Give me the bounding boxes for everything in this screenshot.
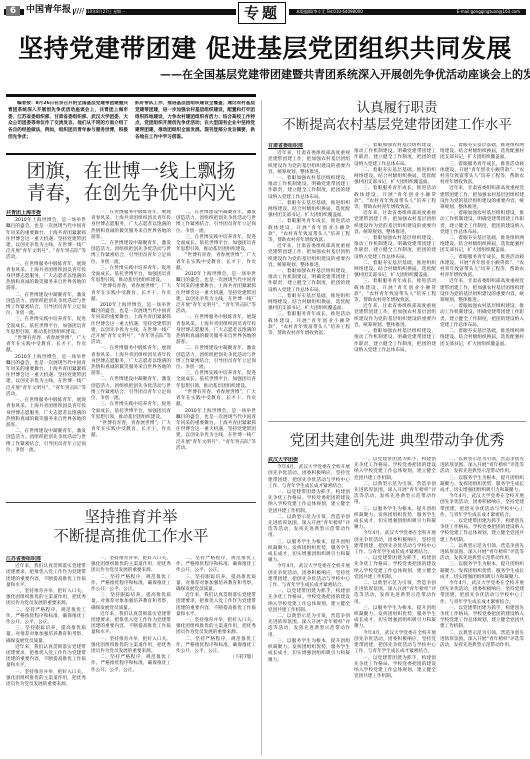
page-subtitle: ——在全国基层党建带团建暨共青团系统深入开展创先争优活动座谈会上的发言 [0, 68, 530, 82]
article-3-paragraph: 二、以典型示范为引领，营造争创先进浓厚氛围。深入开展“青年榜样”评选等活动，发挥… [354, 482, 436, 507]
article-2-paragraph: 三、着眼服务青年成长，推进活动载体建设。开展“青年创业小额贷款”、“农村青年致富… [268, 219, 350, 244]
article-1-paragraph: 2010年上海世博会，是一场举世瞩目的盛会，也是一次展现当代中国青年风采的重要舞… [176, 409, 256, 452]
article-3-paragraph: 三、以服务学生为根本，提升团组织凝聚力。发挥团组织优势，服务学生成长成才，切实增… [354, 606, 436, 631]
article-3-paragraph: 今年4月，武汉大学党委在全校开展创先争优活动，团委积极响应，坚持党建带团建，把创… [268, 465, 350, 490]
article-2-paragraph: 三、着眼服务青年成长，推进活动载体建设。开展“青年创业小额贷款”、“农村青年致富… [440, 255, 524, 280]
article-3-paragraph: 一、以党建带团建为抓手，构建创先争优工作格局。学校党委把团的建设纳入学校党建工作… [440, 606, 524, 631]
article-4-paragraph: 二、坚持严格程序，规范推优工作。严格推优程序和标准，确保推优工作公开、公平、公正… [91, 655, 171, 674]
paper-name: 中国青年报 [24, 5, 73, 15]
page-number: 6 [6, 6, 20, 16]
article-4-paragraph: 二、坚持严格程序，规范推优工作。严格推优程序和标准，确保推优工作公开、公平、公正… [176, 556, 256, 575]
intro-text-right: 抓好带队工作，推进基层团组织建设全覆盖；通过农村基层党建带团建，进一步加强农村基… [135, 101, 255, 142]
article-4-paragraph: 一、坚持推育并举，把好入口关。强化团组织推优的主渠道作用，把优秀团员作为党员发展… [176, 618, 256, 637]
article-3-paragraph: 今年4月，武汉大学党委在全校开展创先争优活动，团委积极响应，坚持党建带团建，把创… [354, 631, 436, 656]
article-3-paragraph: 二、以典型示范为引领，营造争创先进浓厚氛围。深入开展“青年榜样”评选等活动，发挥… [268, 614, 350, 639]
article-4-paragraph: 二、坚持严格程序，规范推优工作。严格推优程序和标准，确保推优工作公开、公平、公正… [6, 608, 86, 627]
article-1-paragraph: “世博有青春，青春展世博”，广大青年在实践中受教育、长才干、作贡献。 [6, 336, 86, 355]
article-3-paragraph: 二、以典型示范为引领，营造争创先进浓厚氛围。深入开展“青年榜样”评选等活动，发挥… [440, 631, 524, 650]
article-4-paragraph: 近年来，我们认真贯彻落实党建带团建要求，把推优入党工作作为党建带团建的重要内容，… [176, 593, 256, 618]
article-3-column-2: 一、以党建带团建为抓手，构建创先争优工作格局。学校党委把团的建设纳入学校党建工作… [354, 457, 436, 755]
article-2-paragraph: 一、着眼加强农村基层组织建设，推动工作机制建设。明确党建带团建工作职责，建立健全… [268, 176, 350, 201]
article-2-title: 认真履行职责 不断提高农村基层党建带团建工作水平 [266, 100, 528, 134]
article-3-paragraph: 今年4月，武汉大学党委在全校开展创先争优活动，团委积极响应，坚持党建带团建，把创… [354, 531, 436, 556]
intro-left: 编者按：8月26日在京召开的全国基层党建带团建暨共青团系统深入开展创先争优活动座… [8, 101, 128, 145]
article-1-bottom-rule [6, 502, 256, 503]
article-2-paragraph: 近年来，甘肃省委组织部高度重视党建带团建工作，把加强农村基层团组织建设作为党的基… [440, 186, 524, 211]
article-3-paragraph: 一、以党建带团建为抓手，构建创先争优工作格局。学校党委把团的建设纳入学校党建工作… [354, 457, 436, 482]
article-4-column-3: 二、坚持严格程序，规范推优工作。严格推优程序和标准，确保推优工作公开、公平、公正… [176, 556, 256, 755]
article-4-paragraph: 近年来，我们认真贯彻落实党建带团建要求，把推优入党工作作为党建带团建的重要内容，… [6, 645, 86, 670]
article-3-paragraph: 一、以党建带团建为抓手，构建创先争优工作格局。学校党委把团的建设纳入学校党建工作… [268, 589, 350, 614]
article-2-paragraph: 二、着眼夯实基层基础，推进组织网络建设。结合村级组织换届，选优配强村团支部书记，… [354, 261, 436, 280]
article-2-column-2: 一、着眼加强农村基层组织建设，推动工作机制建设。明确党建带团建工作职责，建立健全… [354, 143, 436, 415]
article-1-paragraph: 一、在世博服务中锻炼青年，展现青春风采。上海共青团组织团员青年投身世博志愿服务，… [6, 398, 86, 429]
article-4-paragraph: 三、坚持跟踪培养，提高推优质量。对推荐对象加强培养教育和考察，确保发展党员质量。 [6, 626, 86, 645]
article-2-paragraph: 三、着眼服务青年成长，推进活动载体建设。开展“青年创业小额贷款”、“农村青年致富… [354, 186, 436, 211]
article-2-paragraph: 三、着眼服务青年成长，推进活动载体建设。开展“青年创业小额贷款”、“农村青年致富… [440, 162, 524, 187]
article-2-paragraph: 一、着眼加强农村基层组织建设，推动工作机制建设。明确党建带团建工作职责，建立健全… [354, 236, 436, 261]
article-4-paragraph: 三、坚持跟踪培养，提高推优质量。对推荐对象加强培养教育和考察，确保发展党员质量。 [176, 575, 256, 594]
article-4-title-line-2: 不断提高推优工作水平 [6, 527, 256, 546]
article-4-paragraph: 二、坚持严格程序，规范推优工作。严格推优程序和标准，确保推优工作公开、公平、公正… [176, 637, 256, 656]
article-2-paragraph: 近年来，甘肃省委组织部高度重视党建带团建工作，把加强农村基层团组织建设作为党的基… [268, 151, 350, 176]
article-2-paragraph: 一、着眼加强农村基层组织建设，推动工作机制建设。明确党建带团建工作职责，建立健全… [440, 304, 524, 329]
article-1-paragraph: 2010年上海世博会，是一场举世瞩目的盛会，也是一次展现当代中国青年风采的重要舞… [91, 303, 171, 346]
article-3-paragraph: 三、以服务学生为根本，提升团组织凝聚力。发挥团组织优势，服务学生成长成才，切实增… [268, 639, 350, 664]
article-3-paragraph: 今年4月，武汉大学党委在全校开展创先争优活动，团委积极响应，坚持党建带团建，把创… [440, 581, 524, 606]
article-4-paragraph: 近年来，我们认真贯彻落实党建带团建要求，把推优入党工作作为党建带团建的重要内容，… [91, 612, 171, 637]
article-4-column-2: 一、坚持推育并举，把好入口关。强化团组织推优的主渠道作用，把优秀团员作为党员发展… [91, 556, 171, 755]
article-1-title-line-1: 团旗，在世博一线上飘扬 [6, 160, 256, 182]
article-3-paragraph: 一、以党建带团建为抓手，构建创先争优工作格局。学校党委把团的建设纳入学校党建工作… [354, 656, 436, 681]
article-2-paragraph: 近年来，甘肃省委组织部高度重视党建带团建工作，把加强农村基层团组织建设作为党的基… [440, 279, 524, 304]
article-1-column-3: 二、在世博建设中凝聚青年，激发创造活力。团组织把创先争优活动与世博工作紧密结合，… [176, 210, 256, 493]
article-3-column-1: 武汉大学团委 今年4月，武汉大学党委在全校开展创先争优活动，团委积极响应，坚持党… [268, 457, 350, 755]
article-2-paragraph: 二、着眼夯实基层基础，推进组织网络建设。结合村级组织换届，选优配强村团支部书记，… [268, 201, 350, 220]
article-2-column-3: 二、着眼夯实基层基础，推进组织网络建设。结合村级组织换届，选优配强村团支部书记，… [440, 143, 524, 415]
article-2-bottom-rule [268, 421, 526, 422]
article-3-paragraph: 一、以党建带团建为抓手，构建创先争优工作格局。学校党委把团的建设纳入学校党建工作… [268, 490, 350, 515]
article-2-column-1: 甘肃省委组织部 近年来，甘肃省委组织部高度重视党建带团建工作，把加强农村基层团组… [268, 143, 350, 415]
article-4-title: 坚持推育并举 不断提高推优工作水平 [6, 508, 256, 546]
article-2-paragraph: 二、着眼夯实基层基础，推进组织网络建设。结合村级组织换届，选优配强村团支部书记，… [440, 143, 524, 162]
intro-lead-label: 编者按： [17, 101, 35, 106]
article-2-title-line-2: 不断提高农村基层党建带团建工作水平 [266, 117, 528, 134]
intro-right: 抓好带队工作，推进基层团组织建设全覆盖；通过农村基层党建带团建，进一步加强农村基… [135, 101, 255, 145]
article-2-paragraph: 二、着眼夯实基层基础，推进组织网络建设。结合村级组织换届，选优配强村团支部书记，… [440, 329, 524, 348]
article-1-column-1: 共青团上海市委 2010年上海世博会，是一场举世瞩目的盛会，也是一次展现当代中国… [6, 210, 86, 493]
article-1-paragraph: “世博有青春，青春展世博”，广大青年在实践中受教育、长才干、作贡献。 [91, 421, 171, 440]
issue-date: 2010年8月27日 星期一 [82, 9, 125, 15]
article-3-column-3: 二、以典型示范为引领，营造争创先进浓厚氛围。深入开展“青年榜样”评选等活动，发挥… [440, 457, 524, 755]
article-1-paragraph: 三、在世博实践中培养青年，促进全面成长。依托世博平台，加强团员青年思想引领，推动… [6, 317, 86, 336]
article-4-paragraph: 三、坚持跟踪培养，提高推优质量。对推荐对象加强培养教育和考察，确保发展党员质量。 [91, 593, 171, 612]
article-1-paragraph: 一、在世博服务中锻炼青年，展现青春风采。上海共青团组织团员青年投身世博志愿服务，… [91, 346, 171, 377]
article-4-byline: 江苏省委组织部 [6, 556, 86, 562]
article-2-paragraph: 近年来，甘肃省委组织部高度重视党建带团建工作，把加强农村基层团组织建设作为党的基… [268, 244, 350, 269]
article-4-paragraph: 一、坚持推育并举，把好入口关。强化团组织推优的主渠道作用，把优秀团员作为党员发展… [91, 556, 171, 575]
article-1-paragraph: 2010年上海世博会，是一场举世瞩目的盛会，也是一次展现当代中国青年风采的重要舞… [6, 355, 86, 398]
article-1-paragraph: 三、在世博实践中培养青年，促进全面成长。依托世博平台，加强团员青年思想引领，推动… [91, 266, 171, 285]
article-2-paragraph: 一、着眼加强农村基层组织建设，推动工作机制建设。明确党建带团建工作职责，建立健全… [354, 329, 436, 354]
page-title: 坚持党建带团建 促进基层党团组织共同发展 [0, 34, 530, 64]
editor-info: 本版编辑/李斗尤 Tel:010-64098000 [296, 9, 363, 15]
article-4-paragraph: 一、坚持推育并举，把好入口关。强化团组织推优的主渠道作用，把优秀团员作为党员发展… [91, 637, 171, 656]
article-3-paragraph: 一、以党建带团建为抓手，构建创先争优工作格局。学校党委把团的建设纳入学校党建工作… [354, 556, 436, 581]
article-1-paragraph: 一、在世博服务中锻炼青年，展现青春风采。上海共青团组织团员青年投身世博志愿服务，… [91, 210, 171, 241]
article-2-paragraph: 近年来，甘肃省委组织部高度重视党建带团建工作，把加强农村基层团组织建设作为党的基… [354, 304, 436, 329]
article-4-paragraph: 一、坚持推育并举，把好入口关。强化团组织推优的主渠道作用，把优秀团员作为党员发展… [6, 589, 86, 608]
article-1-paragraph: 2010年上海世博会，是一场举世瞩目的盛会，也是一次展现当代中国青年风采的重要舞… [6, 218, 86, 261]
article-3-title-line-1: 党团共建创先进 典型带动争优秀 [266, 430, 528, 450]
article-1-paragraph: 三、在世博实践中培养青年，促进全面成长。依托世博平台，加强团员青年思想引领，推动… [176, 371, 256, 390]
article-3-paragraph: 三、以服务学生为根本，提升团组织凝聚力。发挥团组织优势，服务学生成长成才，切实增… [354, 507, 436, 532]
article-1-paragraph: “世博有青春，青春展世博”，广大青年在实践中受教育、长才干、作贡献。 [91, 284, 171, 303]
article-2-paragraph: 二、着眼夯实基层基础，推进组织网络建设。结合村级组织换届，选优配强村团支部书记，… [268, 294, 350, 313]
intro-divider [6, 153, 256, 155]
article-1-paragraph: 二、在世博建设中凝聚青年，激发创造活力。团组织把创先争优活动与世博工作紧密结合，… [176, 210, 256, 235]
article-2-byline: 甘肃省委组织部 [268, 143, 350, 149]
article-1-paragraph: “世博有青春，青春展世博”，广大青年在实践中受教育、长才干、作贡献。 [176, 253, 256, 272]
article-3-paragraph: 二、以典型示范为引领，营造争创先进浓厚氛围。深入开展“青年榜样”评选等活动，发挥… [354, 581, 436, 606]
article-2-paragraph: 近年来，甘肃省委组织部高度重视党建带团建工作，把加强农村基层团组织建设作为党的基… [354, 211, 436, 236]
article-1-paragraph: 二、在世博建设中凝聚青年，激发创造活力。团组织把创先争优活动与世博工作紧密结合，… [91, 377, 171, 402]
center-column-divider [261, 100, 262, 755]
article-3-paragraph: 今年4月，武汉大学党委在全校开展创先争优活动，团委积极响应，坚持党建带团建，把创… [268, 564, 350, 589]
article-3-paragraph: 二、以典型示范为引领，营造争创先进浓厚氛围。深入开展“青年榜样”评选等活动，发挥… [440, 457, 524, 476]
article-1-paragraph: 二、在世博建设中凝聚青年，激发创造活力。团组织把创先争优活动与世博工作紧密结合，… [176, 346, 256, 371]
article-2-title-line-1: 认真履行职责 [266, 100, 528, 117]
article-4-paragraph: 近年来，我们认真贯彻落实党建带团建要求，把推优入党工作作为党建带团建的重要内容，… [6, 564, 86, 589]
article-3-paragraph: 三、以服务学生为根本，提升团组织凝聚力。发挥团组织优势，服务学生成长成才，切实增… [440, 476, 524, 495]
article-1-paragraph: 一、在世博服务中锻炼青年，展现青春风采。上海共青团组织团员青年投身世博志愿服务，… [6, 262, 86, 293]
article-4-paragraph: 二、坚持严格程序，规范推优工作。严格推优程序和标准，确保推优工作公开、公平、公正… [91, 575, 171, 594]
article-3-paragraph: 二、以典型示范为引领，营造争创先进浓厚氛围。深入开展“青年榜样”评选等活动，发挥… [268, 515, 350, 540]
article-1-paragraph: 三、在世博实践中培养青年，促进全面成长。依托世博平台，加强团员青年思想引领，推动… [91, 402, 171, 421]
article-2-paragraph: 一、着眼加强农村基层组织建设，推动工作机制建设。明确党建带团建工作职责，建立健全… [440, 211, 524, 236]
article-2-paragraph: 二、着眼夯实基层基础，推进组织网络建设。结合村级组织换届，选优配强村团支部书记，… [440, 236, 524, 255]
article-3-paragraph: 今年4月，武汉大学党委在全校开展创先争优活动，团委积极响应，坚持党建带团建，把创… [440, 494, 524, 519]
article-2-paragraph: 三、着眼服务青年成长，推进活动载体建设。开展“青年创业小额贷款”、“农村青年致富… [354, 279, 436, 304]
article-1-paragraph: 二、在世博建设中凝聚青年，激发创造活力。团组织把创先争优活动与世博工作紧密结合，… [91, 241, 171, 266]
article-3-paragraph: 二、以典型示范为引领，营造争创先进浓厚氛围。深入开展“青年榜样”评选等活动，发挥… [440, 544, 524, 563]
article-1-paragraph: 二、在世博建设中凝聚青年，激发创造活力。团组织把创先争优活动与世博工作紧密结合，… [6, 429, 86, 454]
article-4-continued-note: （下转7版） [176, 655, 256, 661]
article-1-paragraph: 一、在世博服务中锻炼青年，展现青春风采。上海共青团组织团员青年投身世博志愿服务，… [176, 315, 256, 346]
article-3-byline: 武汉大学团委 [268, 457, 350, 463]
article-2-paragraph: 二、着眼夯实基层基础，推进组织网络建设。结合村级组织换届，选优配强村团支部书记，… [354, 168, 436, 187]
article-1-paragraph: 二、在世博建设中凝聚青年，激发创造活力。团组织把创先争优活动与世博工作紧密结合，… [6, 293, 86, 318]
headline-rule [6, 94, 256, 97]
article-3-paragraph: 一、以党建带团建为抓手，构建创先争优工作格局。学校党委把团的建设纳入学校党建工作… [440, 519, 524, 544]
article-4-column-1: 江苏省委组织部 近年来，我们认真贯彻落实党建带团建要求，把推优入党工作作为党建带… [6, 556, 86, 755]
article-1-byline: 共青团上海市委 [6, 210, 86, 216]
article-2-paragraph: 一、着眼加强农村基层组织建设，推动工作机制建设。明确党建带团建工作职责，建立健全… [268, 269, 350, 294]
article-1-title: 团旗，在世博一线上飘扬 青春，在创先争优中闪光 [6, 160, 256, 204]
article-1-paragraph: “世博有青春，青春展世博”，广大青年在实践中受教育、长才干、作贡献。 [176, 390, 256, 409]
article-3-paragraph: 三、以服务学生为根本，提升团组织凝聚力。发挥团组织优势，服务学生成长成才，切实增… [268, 540, 350, 565]
article-2-paragraph: 三、着眼服务青年成长，推进活动载体建设。开展“青年创业小额贷款”、“农村青年致富… [268, 312, 350, 337]
article-2-paragraph: 一、着眼加强农村基层组织建设，推动工作机制建设。明确党建带团建工作职责，建立健全… [354, 143, 436, 168]
article-3-title: 党团共建创先进 典型带动争优秀 [266, 430, 528, 450]
article-4-paragraph: 一、坚持推育并举，把好入口关。强化团组织推优的主渠道作用，把优秀团员作为党员发展… [6, 670, 86, 689]
article-4-title-line-1: 坚持推育并举 [6, 508, 256, 527]
section-label: 专题 [238, 2, 286, 24]
intro-text-left: 8月26日在京召开的全国基层党建带团建暨共青团系统深入开展创先争优活动座谈会上，… [8, 101, 128, 140]
email-info: E-mail:gongqingtuan@163.com [457, 9, 520, 15]
article-1-column-2: 一、在世博服务中锻炼青年，展现青春风采。上海共青团组织团员青年投身世博志愿服务，… [91, 210, 171, 493]
article-1-title-line-2: 青春，在创先争优中闪光 [6, 182, 256, 204]
article-1-paragraph: 三、在世博实践中培养青年，促进全面成长。依托世博平台，加强团员青年思想引领，推动… [176, 235, 256, 254]
article-3-paragraph: 三、以服务学生为根本，提升团组织凝聚力。发挥团组织优势，服务学生成长成才，切实增… [440, 562, 524, 581]
article-1-paragraph: 2010年上海世博会，是一场举世瞩目的盛会，也是一次展现当代中国青年风采的重要舞… [176, 272, 256, 315]
